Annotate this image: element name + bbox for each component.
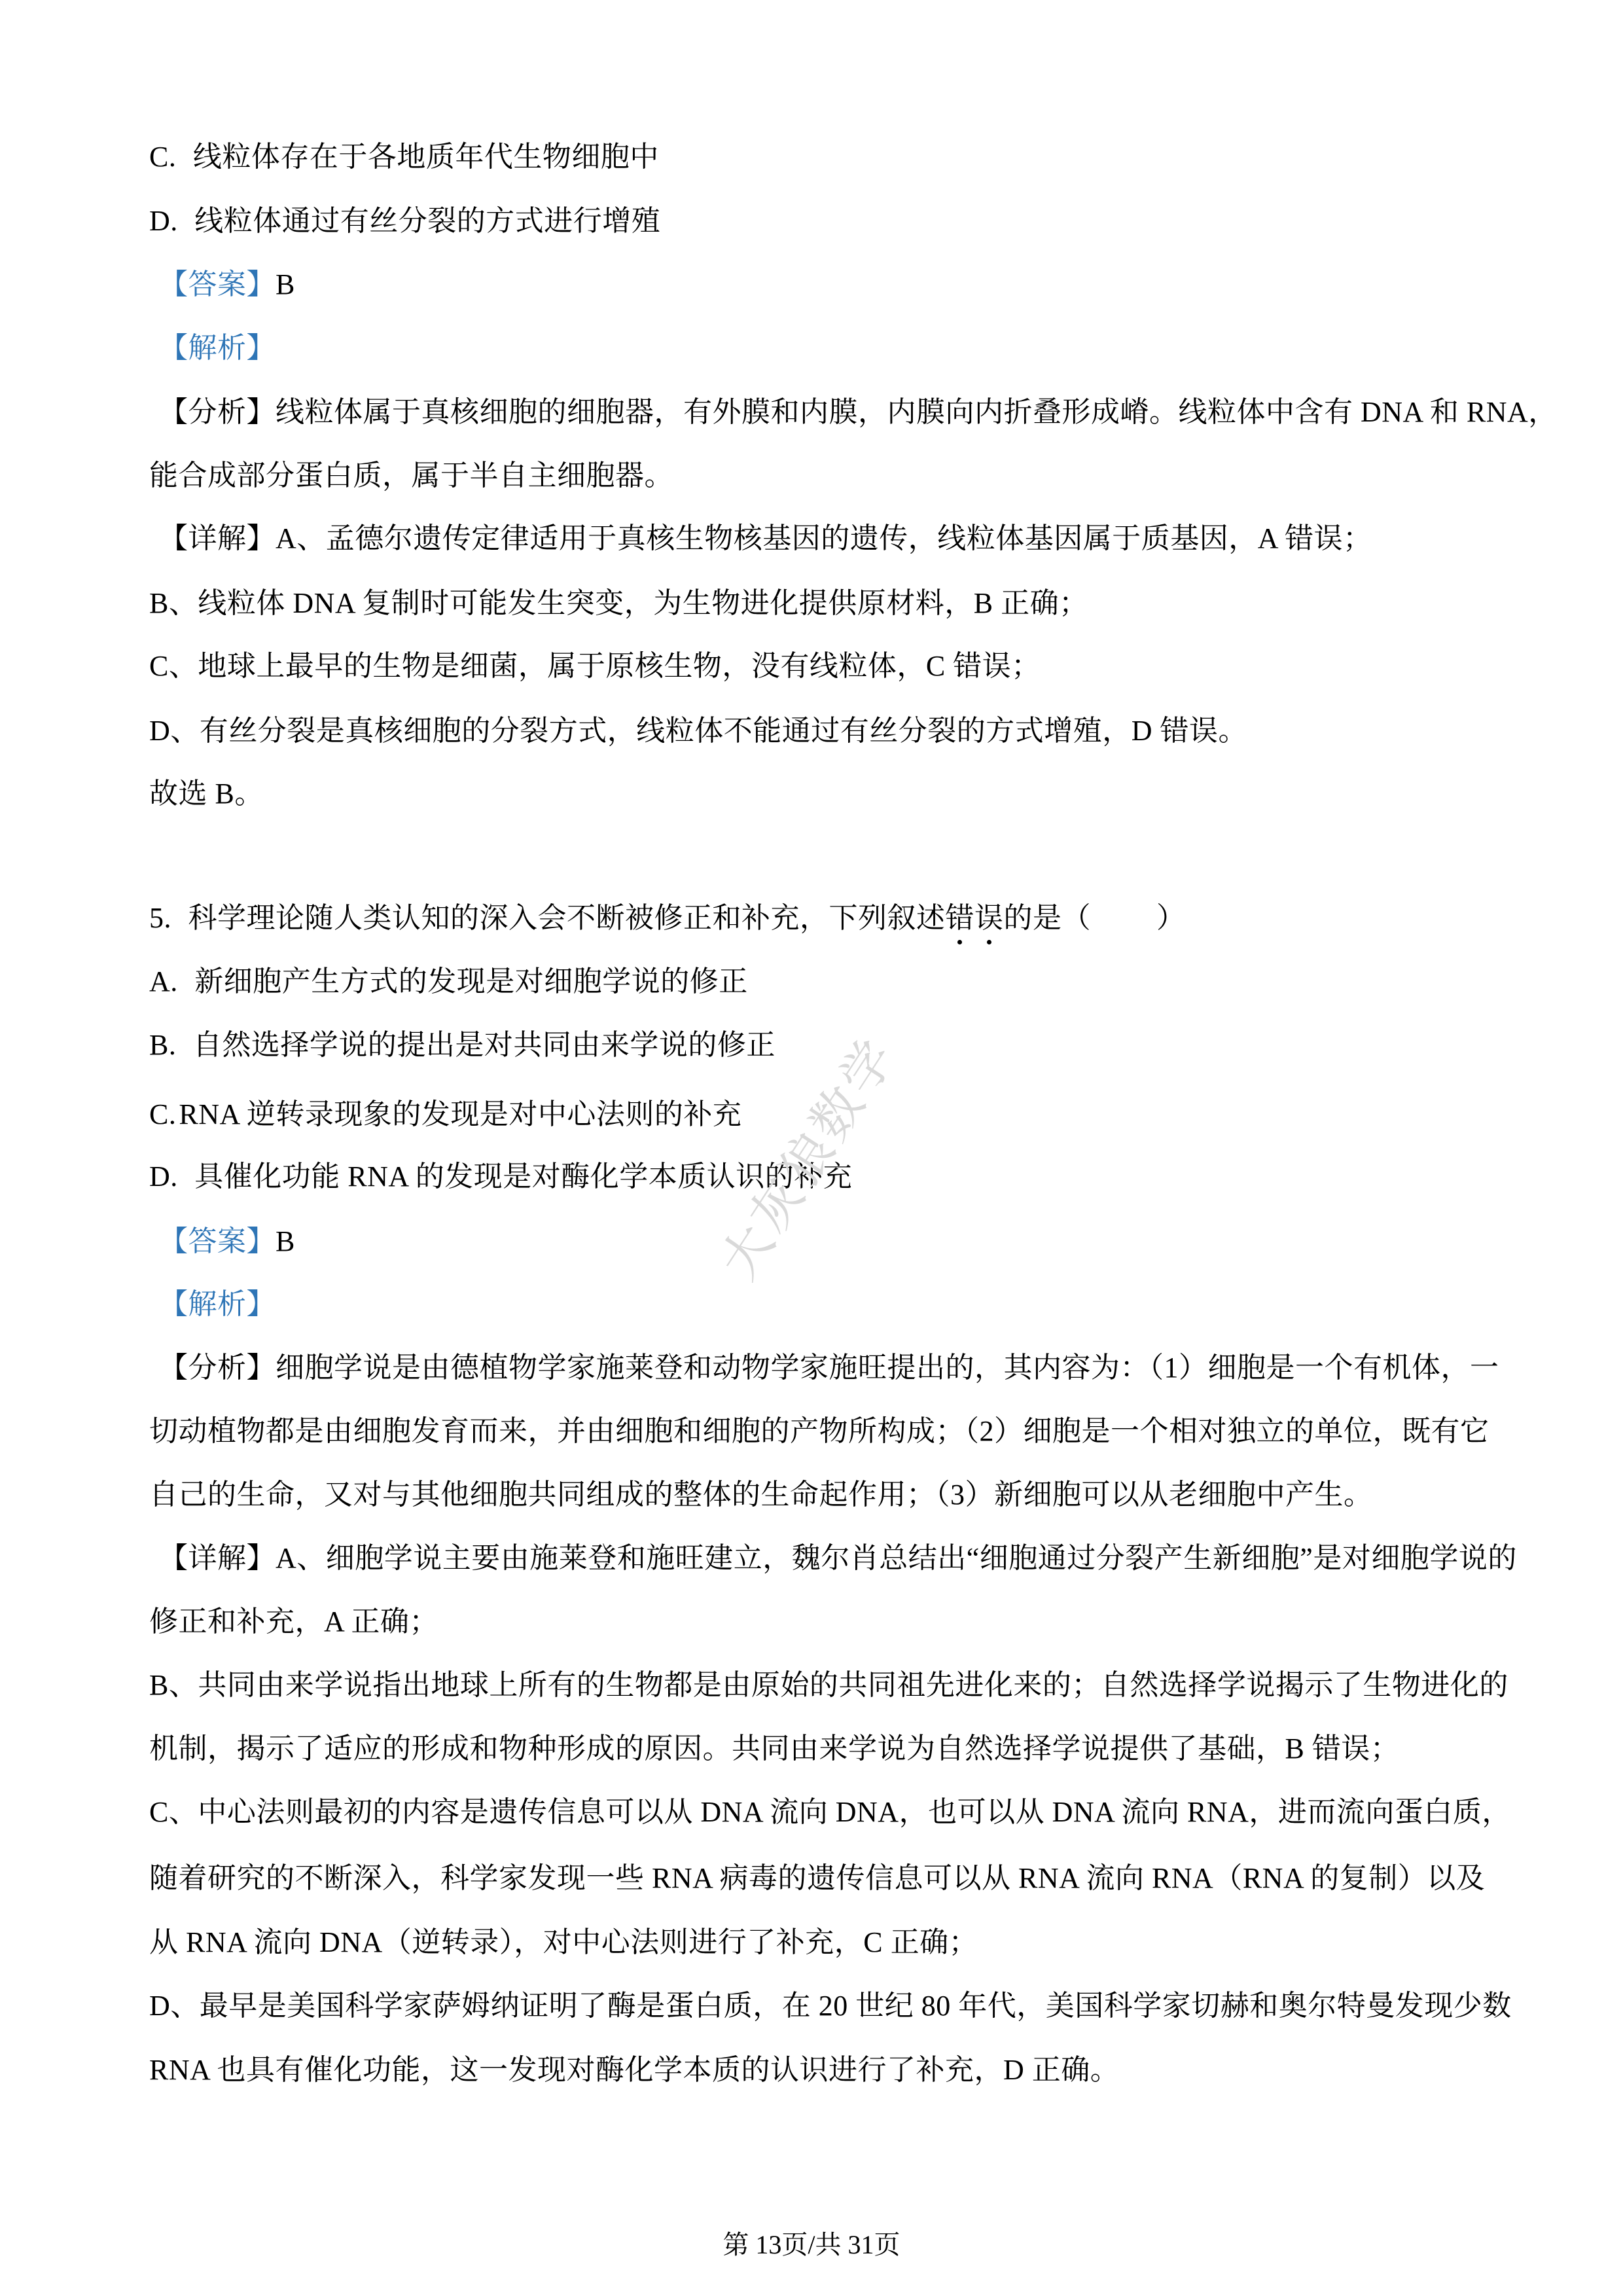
question-number: 5. (149, 902, 171, 934)
q5-xiangjie-line-1: 【详解】A、细胞学说主要由施莱登和施旺建立，魏尔肖总结出“细胞通过分裂产生新细胞… (159, 1539, 1488, 1578)
q4-xiangjie-line-1: 【详解】A、孟德尔遗传定律适用于真核生物核基因的遗传，线粒体基因属于质基因，A … (159, 519, 1488, 558)
q4-answer: 【答案】B (159, 265, 1488, 304)
q4-option-d: D. 线粒体通过有丝分裂的方式进行增殖 (149, 202, 1478, 241)
fenxi-tag: 【分析】 (159, 1352, 276, 1384)
q5-fenxi-line-2: 切动植物都是由细胞发育而来，并由细胞和细胞的产物所构成；（2）细胞是一个相对独立… (149, 1412, 1478, 1451)
q5-xiangjie-line-3: B、共同由来学说指出地球上所有的生物都是由原始的共同祖先进化来的；自然选择学说揭… (149, 1666, 1478, 1705)
q4-option-c: C. 线粒体存在于各地质年代生物细胞中 (149, 137, 1478, 177)
option-label: D. (149, 1160, 178, 1193)
answer-value: B (276, 1225, 295, 1257)
xiangjie-tag: 【详解】 (159, 522, 276, 554)
q5-answer: 【答案】B (159, 1222, 1488, 1261)
document-page: C. 线粒体存在于各地质年代生物细胞中 D. 线粒体通过有丝分裂的方式进行增殖 … (0, 0, 1623, 2296)
stem-close: ） (1156, 902, 1186, 934)
q4-analysis-heading: 【解析】 (159, 329, 1488, 368)
q4-xiangjie-line-3: C、地球上最早的生物是细菌，属于原核生物，没有线粒体，C 错误； (149, 647, 1478, 686)
page-number-footer: 第 13页/共 31页 (0, 2229, 1623, 2261)
q5-xiangjie-line-2: 修正和补充，A 正确； (149, 1602, 1478, 1641)
q5-fenxi-line-3: 自己的生命，又对与其他细胞共同组成的整体的生命起作用；（3）新细胞可以从老细胞中… (149, 1475, 1478, 1515)
q5-option-c: C.RNA 逆转录现象的发现是对中心法则的补充 (149, 1095, 1478, 1134)
option-text: 线粒体存在于各地质年代生物细胞中 (193, 141, 659, 173)
q5-fenxi-line-1: 【分析】细胞学说是由德植物学家施莱登和动物学家施旺提出的，其内容为：（1）细胞是… (159, 1348, 1488, 1388)
q4-xiangjie-line-4: D、有丝分裂是真核细胞的分裂方式，线粒体不能通过有丝分裂的方式增殖，D 错误。 (149, 711, 1478, 751)
option-text: 具催化功能 RNA 的发现是对酶化学本质认识的补充 (194, 1160, 852, 1193)
q5-option-a: A. 新细胞产生方式的发现是对细胞学说的修正 (149, 962, 1478, 1001)
option-label: B. (149, 1029, 176, 1061)
q5-xiangjie-line-5: C、中心法则最初的内容是遗传信息可以从 DNA 流向 DNA，也可以从 DNA … (149, 1793, 1478, 1832)
q5-analysis-heading: 【解析】 (159, 1285, 1488, 1324)
answer-tag: 【答案】 (159, 268, 276, 300)
fenxi-tag: 【分析】 (159, 396, 276, 428)
q4-conclusion: 故选 B。 (149, 774, 1478, 814)
stem-text-after: 的是（ (1004, 902, 1092, 934)
answer-tag: 【答案】 (159, 1225, 276, 1257)
option-text: 自然选择学说的提出是对共同由来学说的修正 (193, 1029, 776, 1061)
q5-option-b: B. 自然选择学说的提出是对共同由来学说的修正 (149, 1026, 1478, 1065)
q5-xiangjie-line-6: 随着研究的不断深入，科学家发现一些 RNA 病毒的遗传信息可以从 RNA 流向 … (149, 1859, 1478, 1898)
xiangjie-text: A、细胞学说主要由施莱登和施旺建立，魏尔肖总结出“细胞通过分裂产生新细胞”是对细… (276, 1542, 1517, 1574)
q5-stem: 5. 科学理论随人类认知的深入会不断被修正和补充，下列叙述错误的是（） (149, 899, 1478, 938)
q5-xiangjie-line-7: 从 RNA 流向 DNA（逆转录），对中心法则进行了补充，C 正确； (149, 1923, 1478, 1962)
option-text: RNA 逆转录现象的发现是对中心法则的补充 (179, 1098, 741, 1130)
q5-xiangjie-line-8: D、最早是美国科学家萨姆纳证明了酶是蛋白质，在 20 世纪 80 年代，美国科学… (149, 1986, 1478, 2026)
answer-value: B (276, 268, 295, 300)
fenxi-text: 细胞学说是由德植物学家施莱登和动物学家施旺提出的，其内容为：（1）细胞是一个有机… (276, 1352, 1499, 1384)
option-label: A. (149, 965, 178, 997)
fenxi-text: 线粒体属于真核细胞的细胞器，有外膜和内膜，内膜向内折叠形成嵴。线粒体中含有 DN… (276, 396, 1558, 428)
q5-option-d: D. 具催化功能 RNA 的发现是对酶化学本质认识的补充 (149, 1157, 1478, 1196)
xiangjie-text: A、孟德尔遗传定律适用于真核生物核基因的遗传，线粒体基因属于质基因，A 错误； (276, 522, 1372, 554)
option-label: D. (149, 205, 178, 237)
xiangjie-tag: 【详解】 (159, 1542, 276, 1574)
option-text: 线粒体通过有丝分裂的方式进行增殖 (194, 205, 660, 237)
stem-text: 科学理论随人类认知的深入会不断被修正和补充，下列叙述 (188, 902, 946, 934)
analysis-tag: 【解析】 (159, 1288, 276, 1320)
q5-xiangjie-line-4: 机制，揭示了适应的形成和物种形成的原因。共同由来学说为自然选择学说提供了基础，B… (149, 1729, 1478, 1768)
option-label: C. (149, 141, 176, 173)
analysis-tag: 【解析】 (159, 332, 276, 364)
q4-fenxi-line-2: 能合成部分蛋白质，属于半自主细胞器。 (149, 456, 1478, 495)
q5-xiangjie-line-9: RNA 也具有催化功能，这一发现对酶化学本质的认识进行了补充，D 正确。 (149, 2051, 1478, 2090)
emphasis-char: 错 (946, 899, 975, 938)
q4-fenxi-line-1: 【分析】线粒体属于真核细胞的细胞器，有外膜和内膜，内膜向内折叠形成嵴。线粒体中含… (159, 393, 1488, 432)
option-text: 新细胞产生方式的发现是对细胞学说的修正 (194, 965, 748, 997)
option-label: C. (149, 1098, 176, 1130)
q4-xiangjie-line-2: B、线粒体 DNA 复制时可能发生突变，为生物进化提供原材料，B 正确； (149, 584, 1478, 623)
emphasis-char: 误 (974, 899, 1004, 938)
